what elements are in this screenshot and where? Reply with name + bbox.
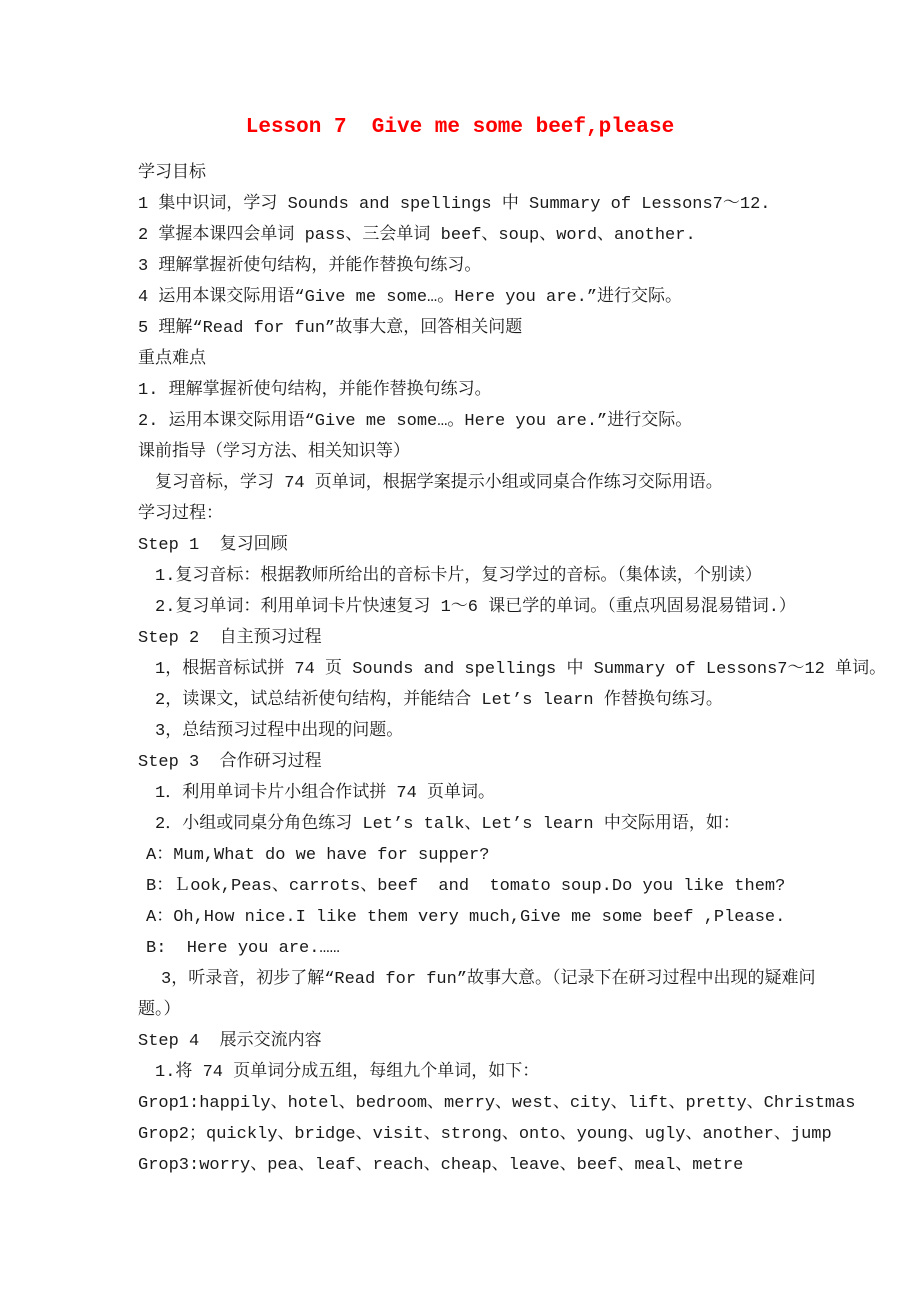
step-2-heading: Step 2 自主预习过程: [138, 623, 880, 654]
doc-line: 2. 运用本课交际用语“Give me some…。Here you are.”…: [138, 406, 880, 437]
doc-line: 3，总结预习过程中出现的问题。: [138, 716, 880, 747]
doc-line: 2．小组或同桌分角色练习 Let’s talk、Let’s learn 中交际用…: [138, 809, 880, 840]
document-title: Lesson 7 Give me some beef,please: [0, 112, 920, 144]
dialogue-line: A：Oh,How nice.I like them very much,Give…: [138, 902, 880, 933]
document-page: Lesson 7 Give me some beef,please 学习目标 1…: [0, 0, 920, 1302]
doc-line: 2，读课文，试总结祈使句结构，并能结合 Let’s learn 作替换句练习。: [138, 685, 880, 716]
doc-line: 1.复习音标：根据教师所给出的音标卡片，复习学过的音标。（集体读，个别读）: [138, 561, 880, 592]
doc-line: 1.将 74 页单词分成五组，每组九个单词，如下：: [138, 1057, 880, 1088]
step-1-heading: Step 1 复习回顾: [138, 530, 880, 561]
section-heading-learning-goals: 学习目标: [138, 158, 880, 189]
doc-line: 复习音标，学习 74 页单词，根据学案提示小组或同桌合作练习交际用语。: [138, 468, 880, 499]
doc-line: 1. 理解掌握祈使句结构，并能作替换句练习。: [138, 375, 880, 406]
word-group-line: Grop3:worry、pea、leaf、reach、cheap、leave、b…: [138, 1150, 880, 1181]
doc-line: 2 掌握本课四会单词 pass、三会单词 beef、soup、word、anot…: [138, 220, 880, 251]
step-4-heading: Step 4 展示交流内容: [138, 1026, 880, 1057]
word-group-line: Grop1:happily、hotel、bedroom、merry、west、c…: [138, 1088, 880, 1119]
doc-line: 4 运用本课交际用语“Give me some…。Here you are.”进…: [138, 282, 880, 313]
word-group-line: Grop2；quickly、bridge、visit、strong、onto、y…: [138, 1119, 880, 1150]
doc-line: 3 理解掌握祈使句结构，并能作替换句练习。: [138, 251, 880, 282]
doc-line: 1．利用单词卡片小组合作试拼 74 页单词。: [138, 778, 880, 809]
step-3-heading: Step 3 合作研习过程: [138, 747, 880, 778]
section-heading-key-points: 重点难点: [138, 344, 880, 375]
section-heading-learning-process: 学习过程：: [138, 499, 880, 530]
doc-line: 2.复习单词：利用单词卡片快速复习 1～6 课已学的单词。（重点巩固易混易错词.…: [138, 592, 880, 623]
doc-line: 1 集中识词，学习 Sounds and spellings 中 Summary…: [138, 189, 880, 220]
dialogue-line: B：Ｌook,Peas、carrots、beef and tomato soup…: [138, 871, 880, 902]
doc-line: 3，听录音，初步了解“Read for fun”故事大意。（记录下在研习过程中出…: [138, 964, 880, 995]
section-heading-pre-class-guidance: 课前指导（学习方法、相关知识等）: [138, 437, 880, 468]
doc-line: 5 理解“Read for fun”故事大意，回答相关问题: [138, 313, 880, 344]
doc-line: 1，根据音标试拼 74 页 Sounds and spellings 中 Sum…: [138, 654, 880, 685]
dialogue-line: A：Mum,What do we have for supper?: [138, 840, 880, 871]
doc-line: 题。）: [138, 995, 880, 1026]
document-body: 学习目标 1 集中识词，学习 Sounds and spellings 中 Su…: [0, 158, 920, 1181]
dialogue-line: B: Here you are.……: [138, 933, 880, 964]
